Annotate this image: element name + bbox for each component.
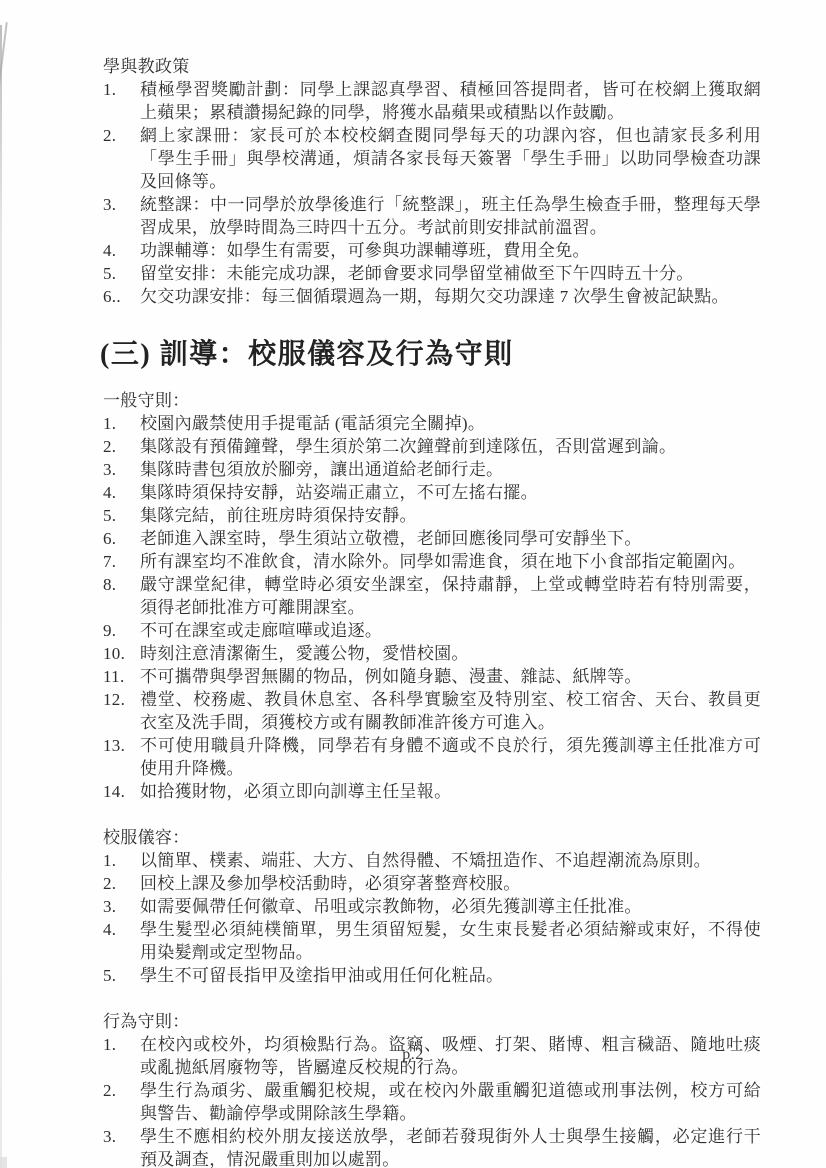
item-text: 集隊完結，前往班房時須保持安靜。 xyxy=(140,504,761,527)
numbered-list: 1. 以簡單、樸素、端莊、大方、自然得體、不矯扭造作、不追趕潮流為原則。 2. … xyxy=(103,849,761,987)
item-number: 3. xyxy=(103,1125,140,1148)
list-item: 2. 網上家課冊：家長可於本校校網查閱同學每天的功課內容，但也請家長多利用「學生… xyxy=(103,124,761,193)
item-text: 老師進入課室時，學生須站立敬禮，老師回應後同學可安靜坐下。 xyxy=(140,527,761,550)
item-number: 2. xyxy=(103,124,140,147)
document-body: 學與教政策 1. 積極學習獎勵計劃：同學上課認真學習、積極回答提問者，皆可在校網… xyxy=(103,55,761,1168)
item-text: 如拾獲財物，必須立即向訓導主任呈報。 xyxy=(140,780,761,803)
list-item: 7. 所有課室均不准飲食，清水除外。同學如需進食，須在地下小食部指定範圍內。 xyxy=(103,550,761,573)
item-text: 學生髮型必須純樸簡單，男生須留短髮，女生束長髮者必須結辮或束好，不得使用染髮劑或… xyxy=(140,918,761,964)
list-item: 4. 功課輔導：如學生有需要，可參與功課輔導班，費用全免。 xyxy=(103,239,761,262)
list-item: 12. 禮堂、校務處、教員休息室、各科學實驗室及特別室、校工宿舍、天台、教員更衣… xyxy=(103,688,761,734)
item-number: 5. xyxy=(103,504,140,527)
item-text: 時刻注意清潔衛生，愛護公物，愛惜校園。 xyxy=(140,642,761,665)
page-number: p.2 xyxy=(0,1046,826,1064)
list-item: 1. 積極學習獎勵計劃：同學上課認真學習、積極回答提問者，皆可在校網上獲取網上蘋… xyxy=(103,78,761,124)
item-text: 不可在課室或走廊喧嘩或追逐。 xyxy=(140,619,761,642)
item-number: 7. xyxy=(103,550,140,573)
item-number: 3. xyxy=(103,458,140,481)
list-item: 8. 嚴守課堂紀律，轉堂時必須安坐課室，保持肅靜，上堂或轉堂時若有特別需要，須得… xyxy=(103,573,761,619)
item-number: 9. xyxy=(103,619,140,642)
item-number: 5. xyxy=(103,262,140,285)
scan-edge-artifact xyxy=(0,25,2,1168)
item-text: 禮堂、校務處、教員休息室、各科學實驗室及特別室、校工宿舍、天台、教員更衣室及洗手… xyxy=(140,688,761,734)
list-item: 6.. 欠交功課安排：每三個循環週為一期，每期欠交功課達 7 次學生會被記缺點。 xyxy=(103,285,761,308)
item-text: 學生不可留長指甲及塗指甲油或用任何化粧品。 xyxy=(140,964,761,987)
item-number: 2. xyxy=(103,872,140,895)
item-number: 1. xyxy=(103,412,140,435)
list-item: 3. 學生不應相約校外朋友接送放學，老師若發現街外人士與學生接觸，必定進行干預及… xyxy=(103,1125,761,1168)
item-text: 不可使用職員升降機，同學若有身體不適或不良於行，須先獲訓導主任批准方可使用升降機… xyxy=(140,734,761,780)
scan-corner-artifact xyxy=(0,1157,7,1168)
list-item: 3. 統整課：中一同學於放學後進行「統整課」，班主任為學生檢查手冊，整理每天學習… xyxy=(103,193,761,239)
item-text: 集隊設有預備鐘聲，學生須於第二次鐘聲前到達隊伍，否則當遲到論。 xyxy=(140,435,761,458)
item-text: 網上家課冊：家長可於本校校網查閱同學每天的功課內容，但也請家長多利用「學生手冊」… xyxy=(140,124,761,193)
item-text: 積極學習獎勵計劃：同學上課認真學習、積極回答提問者，皆可在校網上獲取網上蘋果；累… xyxy=(140,78,761,124)
list-item: 1. 校園內嚴禁使用手提電話 (電話須完全關掉)。 xyxy=(103,412,761,435)
list-item: 6. 老師進入課室時，學生須站立敬禮，老師回應後同學可安靜坐下。 xyxy=(103,527,761,550)
list-item: 5. 集隊完結，前往班房時須保持安靜。 xyxy=(103,504,761,527)
item-text: 校園內嚴禁使用手提電話 (電話須完全關掉)。 xyxy=(140,412,761,435)
scanned-document-page: { "colors": { "paper": "#fefefe", "ink":… xyxy=(0,0,826,1168)
item-text: 如需要佩帶任何徽章、吊咀或宗教飾物，必須先獲訓導主任批准。 xyxy=(140,895,761,918)
list-item: 9. 不可在課室或走廊喧嘩或追逐。 xyxy=(103,619,761,642)
item-number: 4. xyxy=(103,239,140,262)
list-item: 5. 學生不可留長指甲及塗指甲油或用任何化粧品。 xyxy=(103,964,761,987)
list-item: 4. 集隊時須保持安靜，站姿端正肅立，不可左搖右擺。 xyxy=(103,481,761,504)
section-title: 校服儀容： xyxy=(103,826,761,849)
list-item: 2. 回校上課及參加學校活動時，必須穿著整齊校服。 xyxy=(103,872,761,895)
list-item: 14. 如拾獲財物，必須立即向訓導主任呈報。 xyxy=(103,780,761,803)
list-item: 3. 如需要佩帶任何徽章、吊咀或宗教飾物，必須先獲訓導主任批准。 xyxy=(103,895,761,918)
item-text: 統整課：中一同學於放學後進行「統整課」，班主任為學生檢查手冊，整理每天學習成果，… xyxy=(140,193,761,239)
item-text: 集隊時須保持安靜，站姿端正肅立，不可左搖右擺。 xyxy=(140,481,761,504)
item-text: 不可攜帶與學習無關的物品，例如隨身聽、漫畫、雜誌、紙牌等。 xyxy=(140,665,761,688)
item-number: 13. xyxy=(103,734,140,757)
item-text: 欠交功課安排：每三個循環週為一期，每期欠交功課達 7 次學生會被記缺點。 xyxy=(140,285,761,308)
item-number: 5. xyxy=(103,964,140,987)
item-number: 4. xyxy=(103,918,140,941)
item-text: 所有課室均不准飲食，清水除外。同學如需進食，須在地下小食部指定範圍內。 xyxy=(140,550,761,573)
item-number: 2. xyxy=(103,435,140,458)
list-item: 3. 集隊時書包須放於腳旁，讓出通道給老師行走。 xyxy=(103,458,761,481)
item-text: 以簡單、樸素、端莊、大方、自然得體、不矯扭造作、不追趕潮流為原則。 xyxy=(140,849,761,872)
item-number: 3. xyxy=(103,193,140,216)
list-item: 2. 集隊設有預備鐘聲，學生須於第二次鐘聲前到達隊伍，否則當遲到論。 xyxy=(103,435,761,458)
item-number: 12. xyxy=(103,688,140,711)
section-teaching-policy: 學與教政策 1. 積極學習獎勵計劃：同學上課認真學習、積極回答提問者，皆可在校網… xyxy=(103,55,761,308)
section-general-rules: 一般守則： 1. 校園內嚴禁使用手提電話 (電話須完全關掉)。 2. 集隊設有預… xyxy=(103,389,761,803)
item-number: 3. xyxy=(103,895,140,918)
list-item: 4. 學生髮型必須純樸簡單，男生須留短髮，女生束長髮者必須結辮或束好，不得使用染… xyxy=(103,918,761,964)
item-text: 集隊時書包須放於腳旁，讓出通道給老師行走。 xyxy=(140,458,761,481)
section-uniform: 校服儀容： 1. 以簡單、樸素、端莊、大方、自然得體、不矯扭造作、不追趕潮流為原… xyxy=(103,826,761,987)
section-title: 一般守則： xyxy=(103,389,761,412)
list-item: 13. 不可使用職員升降機，同學若有身體不適或不良於行，須先獲訓導主任批准方可使… xyxy=(103,734,761,780)
item-number: 11. xyxy=(103,665,140,688)
numbered-list: 1. 積極學習獎勵計劃：同學上課認真學習、積極回答提問者，皆可在校網上獲取網上蘋… xyxy=(103,78,761,308)
item-text: 學生不應相約校外朋友接送放學，老師若發現街外人士與學生接觸，必定進行干預及調查，… xyxy=(140,1125,761,1168)
list-item: 5. 留堂安排：未能完成功課，老師會要求同學留堂補做至下午四時五十分。 xyxy=(103,262,761,285)
item-number: 10. xyxy=(103,642,140,665)
item-text: 嚴守課堂紀律，轉堂時必須安坐課室，保持肅靜，上堂或轉堂時若有特別需要，須得老師批… xyxy=(140,573,761,619)
numbered-list: 1. 校園內嚴禁使用手提電話 (電話須完全關掉)。 2. 集隊設有預備鐘聲，學生… xyxy=(103,412,761,803)
section-conduct: 行為守則： 1. 在校內或校外，均須檢點行為。盜竊、吸煙、打架、賭博、粗言穢語、… xyxy=(103,1010,761,1168)
item-number: 1. xyxy=(103,78,140,101)
item-text: 留堂安排：未能完成功課，老師會要求同學留堂補做至下午四時五十分。 xyxy=(140,262,761,285)
list-item: 2. 學生行為頑劣、嚴重觸犯校規，或在校內外嚴重觸犯道德或刑事法例，校方可給與警… xyxy=(103,1079,761,1125)
section-title: 學與教政策 xyxy=(103,55,761,78)
list-item: 1. 以簡單、樸素、端莊、大方、自然得體、不矯扭造作、不追趕潮流為原則。 xyxy=(103,849,761,872)
item-text: 回校上課及參加學校活動時，必須穿著整齊校服。 xyxy=(140,872,761,895)
item-text: 學生行為頑劣、嚴重觸犯校規，或在校內外嚴重觸犯道德或刑事法例，校方可給與警告、勸… xyxy=(140,1079,761,1125)
list-item: 11. 不可攜帶與學習無關的物品，例如隨身聽、漫畫、雜誌、紙牌等。 xyxy=(103,665,761,688)
item-number: 6.. xyxy=(103,285,140,308)
item-number: 8. xyxy=(103,573,140,596)
item-text: 功課輔導：如學生有需要，可參與功課輔導班，費用全免。 xyxy=(140,239,761,262)
main-section-heading: (三) 訓導：校服儀容及行為守則 xyxy=(100,338,761,372)
item-number: 1. xyxy=(103,849,140,872)
section-title: 行為守則： xyxy=(103,1010,761,1033)
item-number: 2. xyxy=(103,1079,140,1102)
item-number: 14. xyxy=(103,780,140,803)
list-item: 10. 時刻注意清潔衛生，愛護公物，愛惜校園。 xyxy=(103,642,761,665)
item-number: 6. xyxy=(103,527,140,550)
item-number: 4. xyxy=(103,481,140,504)
